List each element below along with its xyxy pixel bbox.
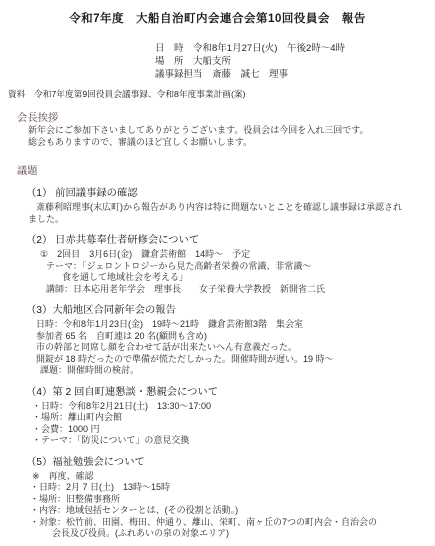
agenda-item-5-line: ・場所：旧整備事務所	[30, 494, 435, 506]
agenda-item-2-line: 食を通して地域社会を考える」	[62, 272, 435, 284]
agenda-item-5-line: ・日時：2月 7 日(土) 13時～15時	[30, 482, 435, 494]
agenda-item-1-heading: （1） 前回議事録の確認	[26, 187, 435, 201]
agenda-item-4-line: ・会費：1000 円	[32, 424, 435, 436]
agenda-item-1-line: 斎藤利昭理事(末広町)から報告があり内容は特に問題ないとことを確認し議事録は承認…	[36, 202, 435, 214]
greeting-line: 総会もありますので、審議のほど宜しくお願いします。	[28, 137, 435, 149]
greeting-section: 会長挨拶 新年会にご参加下さいましてありがとうございます。役員会は今回を入れ三回…	[0, 112, 435, 148]
agenda-item-4-line: ・日時：令和8年2月21日(土) 13:30～17:00	[32, 401, 435, 413]
agenda-item-2-line: ① 2回目 3月6日(金) 鎌倉芸術館 14時～ 予定	[40, 249, 435, 261]
agenda-item-3-line: 日時：令和8年1月23日(金) 19時～21時 鎌倉芸術館3階 集会室	[36, 319, 435, 331]
document-page: 令和7年度 大船自治町内会連合会第10回役員会 報告 日 時 令和8年1月27日…	[0, 0, 435, 546]
meta-datetime: 日 時 令和8年1月27日(火) 午後2時～4時	[155, 42, 435, 55]
agenda-item-1-line: ました。	[28, 214, 435, 226]
agenda-item-4-line: ・場所：離山町内会館	[32, 412, 435, 424]
agenda-item-3-heading: （3）大船地区合同新年会の報告	[26, 304, 435, 318]
agenda-item-5-heading: （5）福祉勉強会について	[26, 456, 435, 470]
agenda-item-2-line: テーマ：「ジェロントロジーから見た高齢者栄養の常識、非常識～	[46, 261, 435, 273]
agenda-item-3-line: 参加者 65 名 自町連は 20 名(顧問も含め)	[36, 331, 435, 343]
agenda-item-4-line: ・テーマ：「防災について」の意見交換	[32, 435, 435, 447]
agenda-item-5-line: 会長及び役員。(ふれあいの泉の対象エリア)	[52, 528, 435, 540]
meta-recorder: 議事録担当 斎藤 誠七 理事	[155, 68, 435, 81]
meta-place: 場 所 大船支所	[155, 55, 435, 68]
agenda-item-3-line: 課題：開催時間の検討。	[40, 365, 435, 377]
agenda-item-3-line: 市の幹部と同席し顔を合わせて話が出来たいへん有意義だった。	[36, 342, 435, 354]
agenda-heading: 議題	[17, 165, 435, 178]
agenda-item-3-line: 開錠が 18 時だったので準備が慌ただしかった。開催時間が遅い。19 時～	[36, 354, 435, 366]
agenda-item-4-heading: （4）第 2 回自町連懇談・懇親会について	[26, 386, 435, 400]
agenda-item-2-heading: （2） 日赤共募奉仕者研修会について	[26, 234, 435, 248]
greeting-line: 新年会にご参加下さいましてありがとうございます。役員会は今回を入れ三回です。	[28, 125, 435, 137]
agenda-item-4: （4）第 2 回自町連懇談・懇親会について ・日時：令和8年2月21日(土) 1…	[0, 386, 435, 447]
document-title: 令和7年度 大船自治町内会連合会第10回役員会 報告	[0, 12, 435, 26]
agenda-item-3: （3）大船地区合同新年会の報告 日時：令和8年1月23日(金) 19時～21時 …	[0, 304, 435, 377]
greeting-heading: 会長挨拶	[17, 112, 435, 125]
meta-block: 日 時 令和8年1月27日(火) 午後2時～4時 場 所 大船支所 議事録担当 …	[155, 42, 435, 81]
agenda-section: 議題 （1） 前回議事録の確認 斎藤利昭理事(末広町)から報告があり内容は特に問…	[0, 165, 435, 540]
materials-line: 資料 令和7年度第9回役員会議事録、令和8年度事業計画(案)	[8, 89, 435, 100]
agenda-item-5: （5）福祉勉強会について ※ 再度、確認 ・日時：2月 7 日(土) 13時～1…	[0, 456, 435, 540]
agenda-item-1: （1） 前回議事録の確認 斎藤利昭理事(末広町)から報告があり内容は特に問題ない…	[0, 187, 435, 225]
agenda-item-2: （2） 日赤共募奉仕者研修会について ① 2回目 3月6日(金) 鎌倉芸術館 1…	[0, 234, 435, 295]
agenda-item-5-line: ・内容：地域包括センターとは、(その役割と活動。)	[30, 505, 435, 517]
agenda-item-2-line: 講師：日本応用老年学会 理事長 女子栄養大学教授 新開省二氏	[46, 284, 435, 296]
agenda-item-5-line: ・対象：松竹前、田園、梅田、仲通り、離山、栄町、南ヶ丘の7つの町内会・自治会の	[30, 517, 435, 529]
agenda-item-5-line: ※ 再度、確認	[32, 471, 435, 483]
